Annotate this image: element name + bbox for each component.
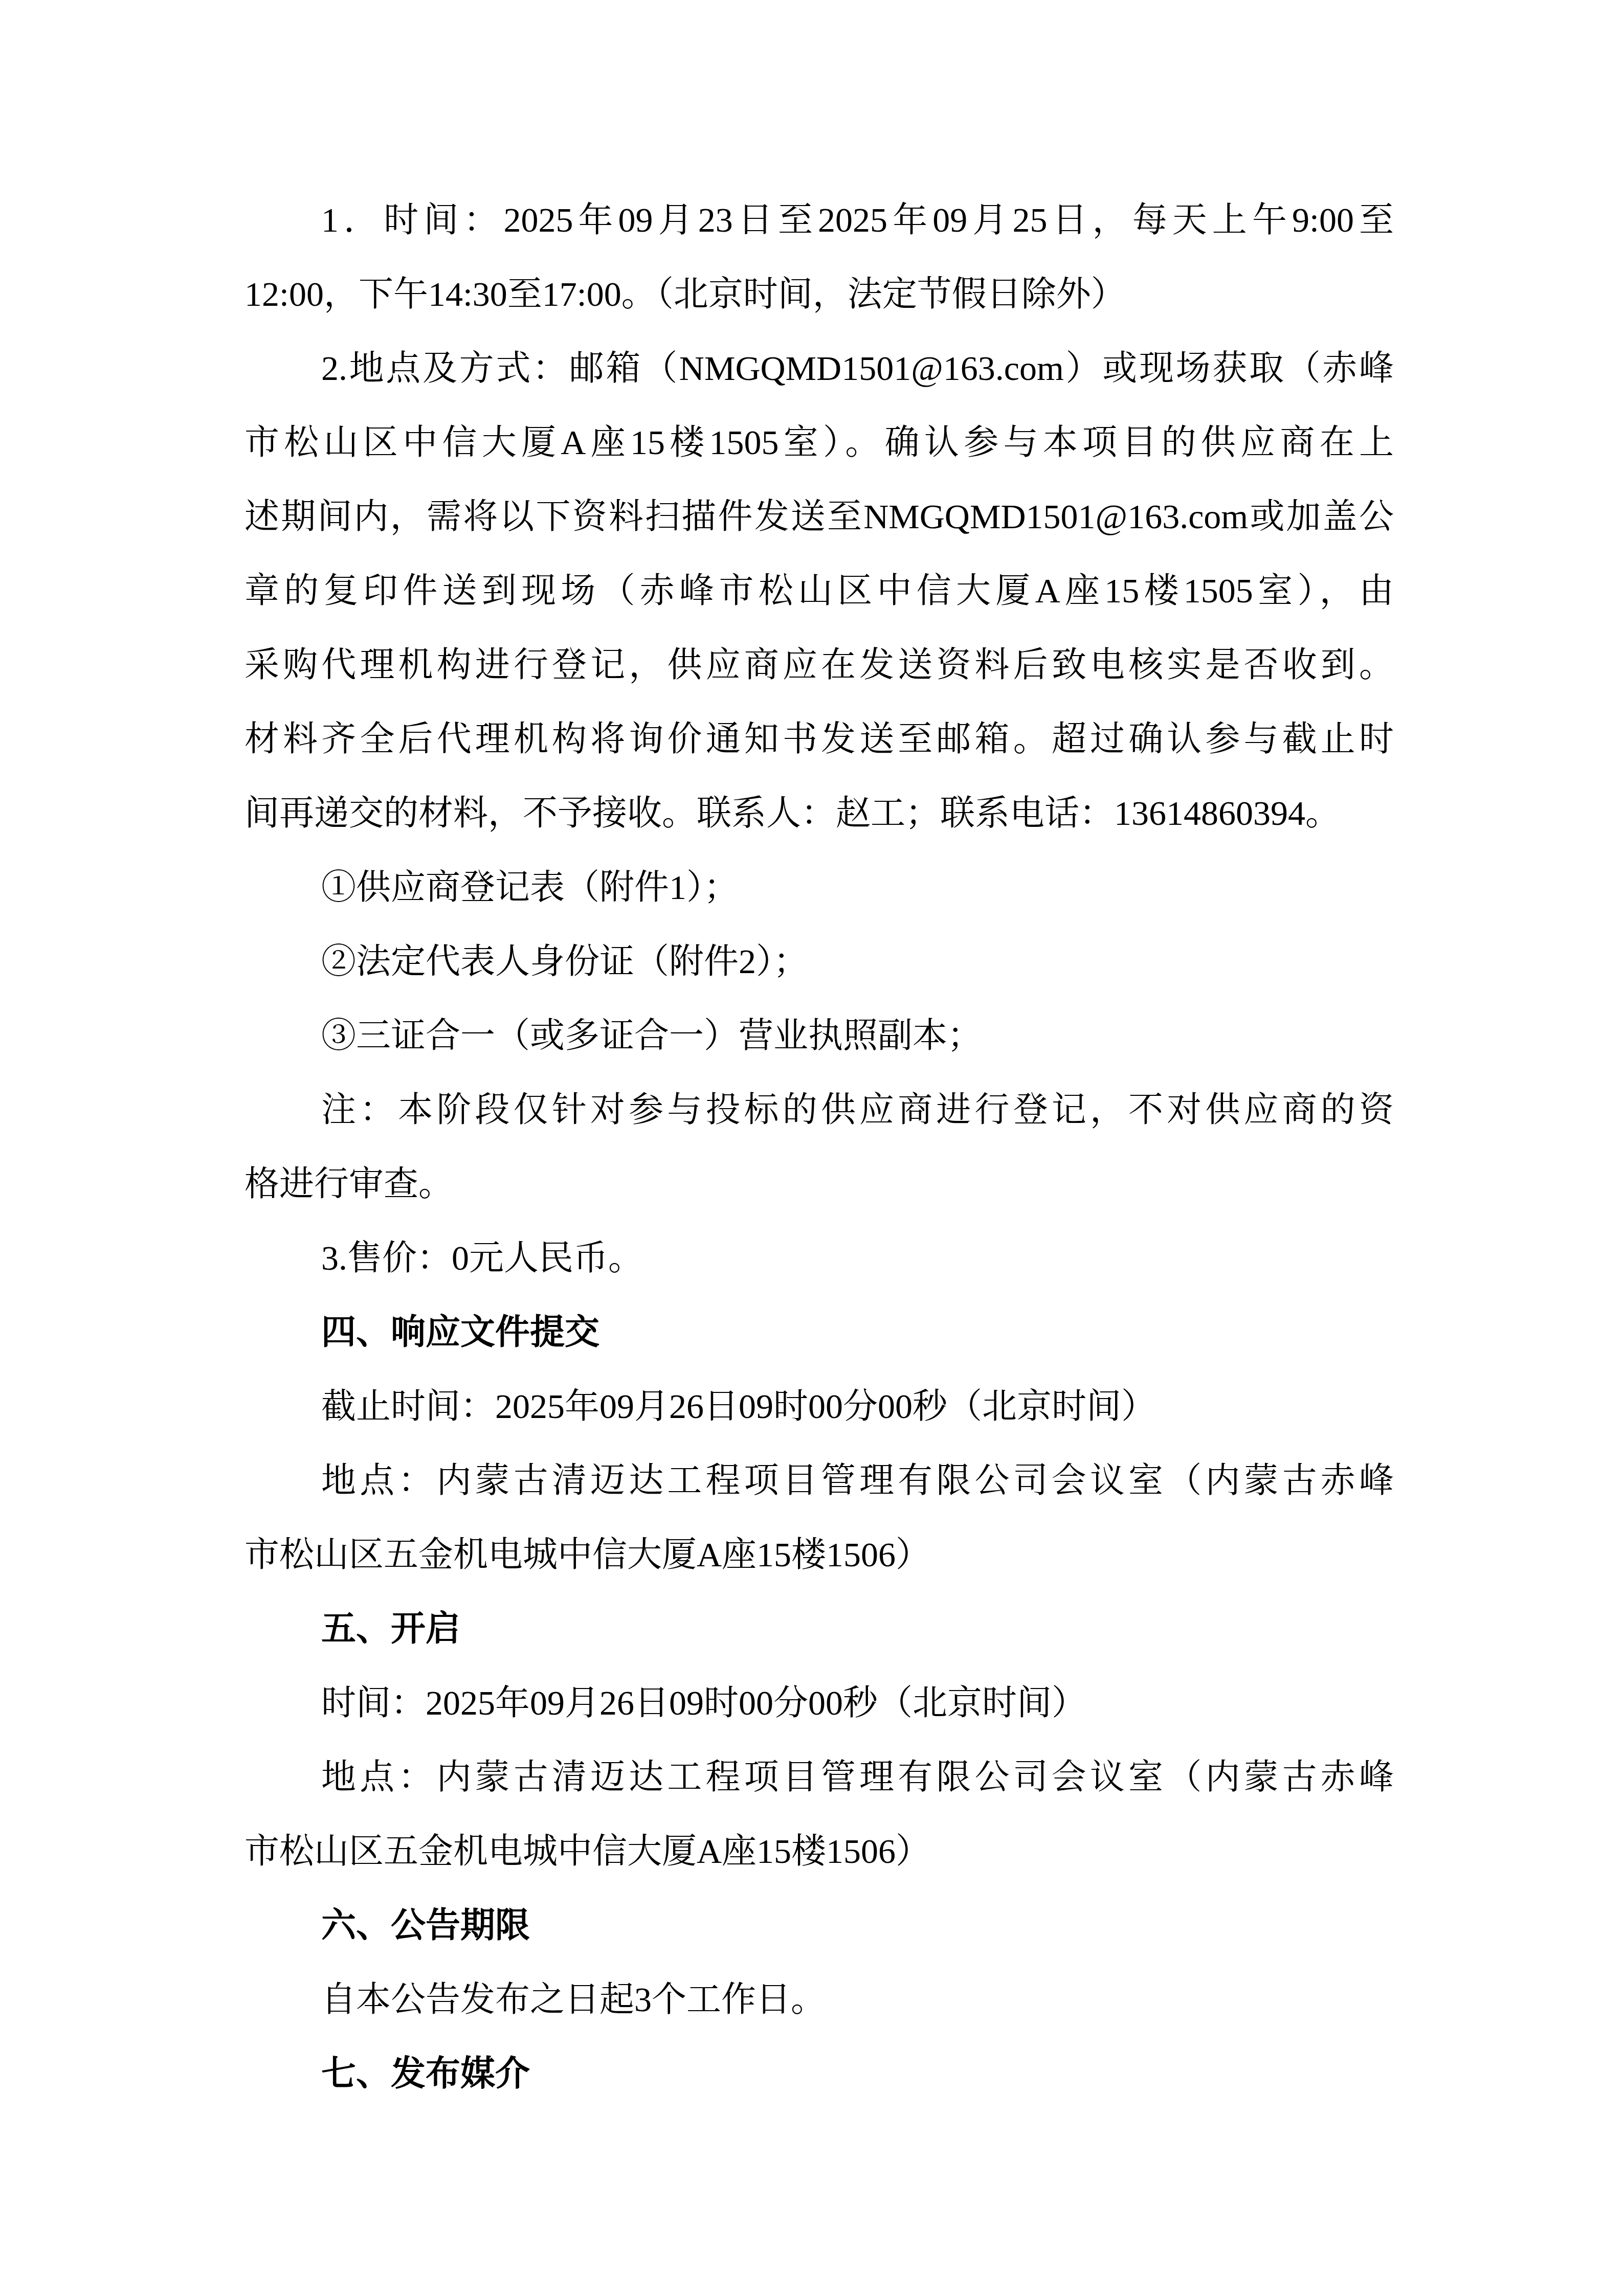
line-place-method-6: 材料齐全后代理机构将询价通知书发送至邮箱。超过确认参与截止时 — [244, 702, 1394, 776]
heading-publication-media: 七、发布媒介 — [244, 2037, 1394, 2111]
line-submission-location-1: 地点：内蒙古清迈达工程项目管理有限公司会议室（内蒙古赤峰 — [244, 1444, 1394, 1518]
line-submission-deadline: 截止时间：2025年09月26日09时00分00秒（北京时间） — [244, 1369, 1394, 1444]
line-time-1: 1．时间：2025年09月23日至2025年09月25日，每天上午9:00至 — [244, 183, 1394, 257]
line-opening-time: 时间：2025年09月26日09时00分00秒（北京时间） — [244, 1666, 1394, 1740]
line-time-2: 12:00，下午14:30至17:00。（北京时间，法定节假日除外） — [244, 257, 1394, 331]
line-place-method-2: 市松山区中信大厦A座15楼1505室）。确认参与本项目的供应商在上 — [244, 406, 1394, 480]
line-place-method-1: 2.地点及方式：邮箱（NMGQMD1501@163.com）或现场获取（赤峰 — [244, 331, 1394, 406]
line-note-1: 注：本阶段仅针对参与投标的供应商进行登记，不对供应商的资 — [244, 1073, 1394, 1147]
line-attachment-1: ①供应商登记表（附件1）； — [244, 850, 1394, 925]
line-place-method-3: 述期间内，需将以下资料扫描件发送至NMGQMD1501@163.com或加盖公 — [244, 480, 1394, 554]
line-submission-location-2: 市松山区五金机电城中信大厦A座15楼1506） — [244, 1518, 1394, 1592]
line-note-2: 格进行审查。 — [244, 1147, 1394, 1221]
line-opening-location-2: 市松山区五金机电城中信大厦A座15楼1506） — [244, 1814, 1394, 1888]
line-opening-location-1: 地点：内蒙古清迈达工程项目管理有限公司会议室（内蒙古赤峰 — [244, 1740, 1394, 1814]
heading-announcement-period: 六、公告期限 — [244, 1888, 1394, 1963]
heading-response-submission: 四、响应文件提交 — [244, 1295, 1394, 1369]
line-place-method-5: 采购代理机构进行登记，供应商应在发送资料后致电核实是否收到。 — [244, 628, 1394, 702]
heading-opening: 五、开启 — [244, 1592, 1394, 1666]
line-place-method-7: 间再递交的材料，不予接收。联系人：赵工；联系电话：13614860394。 — [244, 776, 1394, 850]
line-price: 3.售价：0元人民币。 — [244, 1221, 1394, 1295]
line-announcement-period: 自本公告发布之日起3个工作日。 — [244, 1963, 1394, 2037]
document-page: 1．时间：2025年09月23日至2025年09月25日，每天上午9:00至 1… — [0, 0, 1624, 2296]
line-attachment-2: ②法定代表人身份证（附件2）； — [244, 925, 1394, 999]
line-attachment-3: ③三证合一（或多证合一）营业执照副本； — [244, 999, 1394, 1073]
line-place-method-4: 章的复印件送到现场（赤峰市松山区中信大厦A座15楼1505室），由 — [244, 554, 1394, 628]
